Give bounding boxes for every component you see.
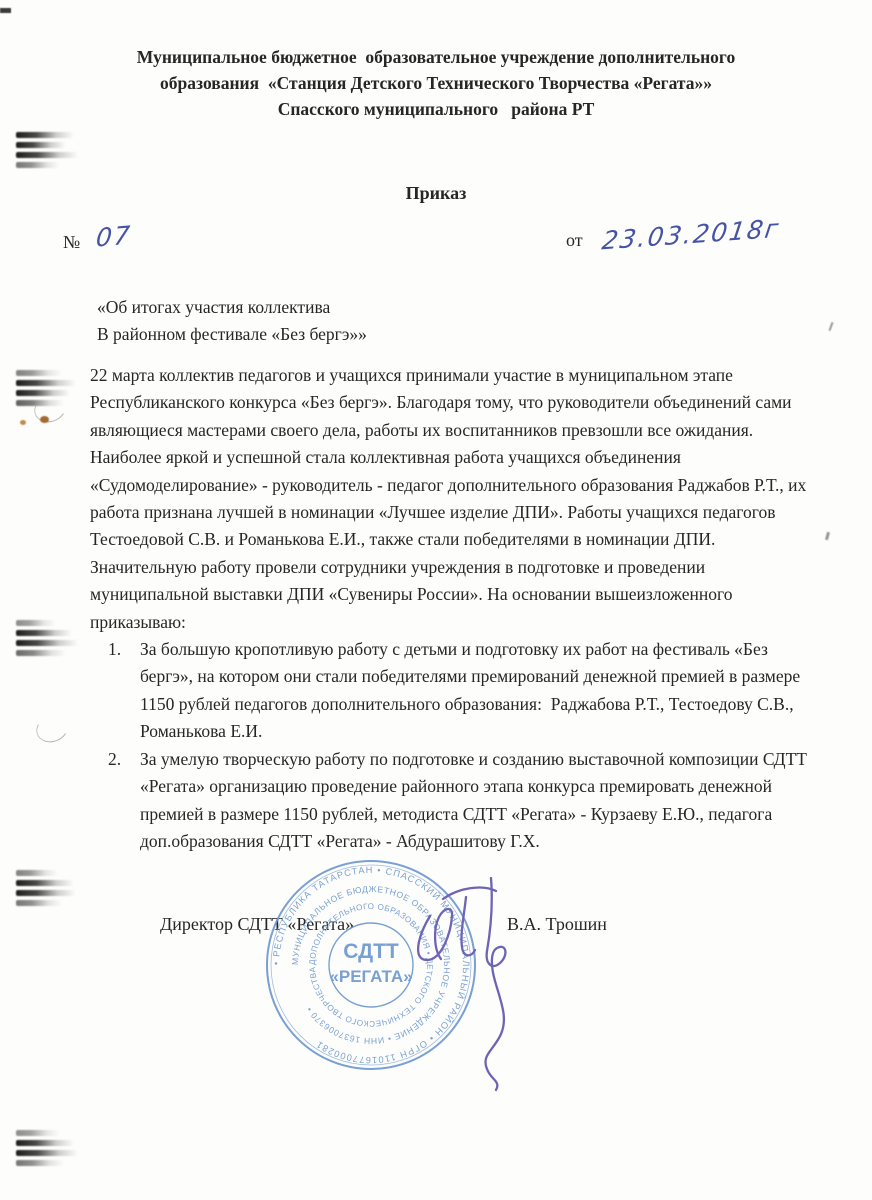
body-paragraph-1: 22 марта коллектив педагогов и учащихся … bbox=[90, 362, 818, 444]
organization-name-line3: Спасского муниципального района РТ bbox=[76, 96, 796, 122]
scan-artifact-dash-top-left bbox=[0, 8, 11, 13]
order-subject-line1: «Об итогах участия коллектива bbox=[97, 294, 367, 321]
scan-artifact-arc-2 bbox=[33, 712, 71, 747]
order-date-handwritten: 23.03.2018г bbox=[600, 214, 782, 256]
order-item-2: 2. За умелую творческую работу по подгот… bbox=[90, 746, 818, 856]
director-signature-autograph bbox=[406, 866, 556, 1098]
scan-artifact-smudge-3 bbox=[16, 616, 86, 660]
organization-name-line2: образования «Станция Детского Техническо… bbox=[76, 70, 796, 96]
stamp-center-line2: «РЕГАТА» bbox=[329, 967, 412, 986]
body-paragraph-2: Наиболее яркой и успешной стала коллекти… bbox=[90, 444, 818, 554]
scan-artifact-speck-1 bbox=[829, 322, 834, 331]
scan-artifact-dot-1 bbox=[20, 420, 26, 425]
organization-header: Муниципальное бюджетное образовательное … bbox=[76, 44, 796, 122]
order-body: 22 марта коллектив педагогов и учащихся … bbox=[90, 362, 818, 855]
order-item-2-text: За умелую творческую работу по подготовк… bbox=[140, 749, 811, 851]
order-item-1-number: 1. bbox=[108, 636, 121, 663]
order-number-label: № bbox=[63, 232, 80, 253]
order-subject-line2: В районном фестивале «Без бергэ»» bbox=[97, 321, 367, 348]
order-item-1: 1. За большую кропотливую работу с детьм… bbox=[90, 636, 818, 746]
order-subject: «Об итогах участия коллектива В районном… bbox=[97, 294, 367, 348]
scan-artifact-smudge-4 bbox=[16, 866, 86, 910]
order-date-label: от bbox=[566, 230, 583, 251]
document-title: Приказ bbox=[0, 183, 872, 204]
scan-artifact-speck-2 bbox=[825, 532, 830, 541]
scan-artifact-smudge-1 bbox=[16, 128, 86, 172]
scanned-order-document: Муниципальное бюджетное образовательное … bbox=[0, 0, 872, 1200]
stamp-center-line1: СДТТ bbox=[343, 940, 399, 963]
order-item-2-number: 2. bbox=[108, 746, 121, 773]
body-paragraph-3: Значительную работу провели сотрудники у… bbox=[90, 554, 818, 636]
scan-artifact-dot-2 bbox=[40, 416, 49, 423]
number-date-row: № 07 от 23.03.2018г bbox=[0, 226, 872, 270]
scan-artifact-smudge-5 bbox=[16, 1126, 86, 1170]
order-item-1-text: За большую кропотливую работу с детьми и… bbox=[140, 639, 805, 741]
organization-name-line1: Муниципальное бюджетное образовательное … bbox=[76, 44, 796, 70]
order-number-handwritten: 07 bbox=[95, 220, 133, 252]
